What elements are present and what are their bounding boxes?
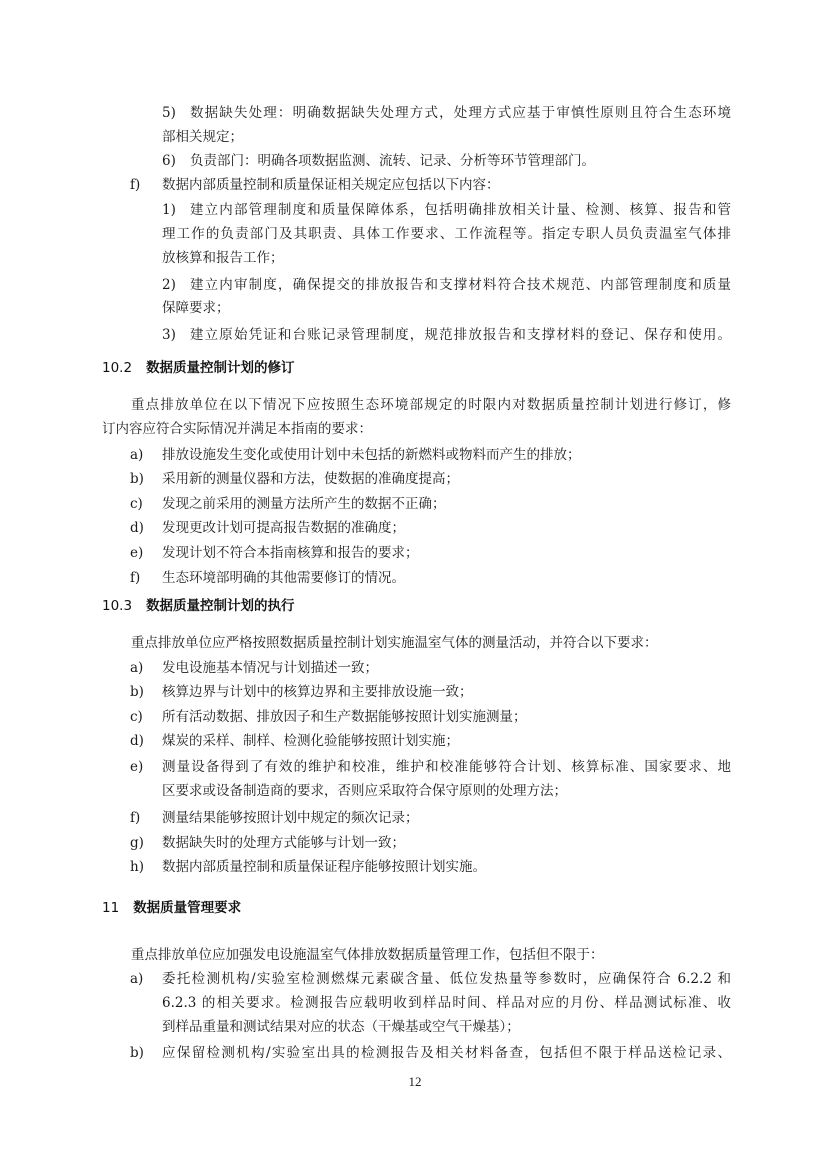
- list-label: 5): [162, 104, 176, 122]
- list-item-text: 区要求或设备制造商的要求，否则应采取符合保守原则的处理方法；: [162, 782, 567, 800]
- section-heading-11: 11数据质量管理要求: [102, 899, 241, 917]
- list-item-text: 放核算和报告工作；: [162, 249, 284, 267]
- list-item-text: 煤炭的采样、制样、检测化验能够按照计划实施；: [162, 732, 459, 750]
- section-heading-10-3: 10.3数据质量控制计划的执行: [102, 597, 295, 615]
- list-item-text: 发现计划不符合本指南核算和报告的要求；: [162, 544, 419, 562]
- list-item-text: 测量结果能够按照计划中规定的频次记录；: [162, 809, 419, 827]
- list-label: 2): [162, 276, 176, 294]
- list-item-text: 部相关规定；: [162, 128, 243, 146]
- section-title: 数据质量控制计划的执行: [146, 598, 295, 614]
- list-label: d): [130, 732, 144, 750]
- list-label: c): [130, 708, 143, 726]
- list-item-text: 6.2.3 的相关要求。检测报告应载明收到样品时间、样品对应的月份、样品测试标准…: [162, 994, 731, 1012]
- list-item-text: 委托检测机构/实验室检测燃煤元素碳含量、低位发热量等参数时，应确保符合 6.2.…: [162, 970, 731, 988]
- list-label: a): [130, 659, 143, 677]
- list-label: g): [130, 834, 144, 852]
- list-label: b): [130, 683, 144, 701]
- list-label: b): [130, 470, 144, 488]
- list-item-text: 应保留检测机构/实验室出具的检测报告及相关材料备查，包括但不限于样品送检记录、: [162, 1044, 731, 1062]
- list-item-text: 发现更改计划可提高报告数据的准确度；: [162, 519, 405, 537]
- list-label: f): [130, 569, 140, 587]
- list-item-text: 采用新的测量仪器和方法，使数据的准确度提高；: [162, 470, 459, 488]
- list-label: f): [130, 176, 140, 194]
- section-number: 10.3: [102, 597, 132, 615]
- list-item-text: 发现之前采用的测量方法所产生的数据不正确；: [162, 495, 446, 513]
- list-label: d): [130, 519, 144, 537]
- list-item-text: 数据缺失处理：明确数据缺失处理方式，处理方式应基于审慎性原则且符合生态环境: [190, 104, 731, 122]
- paragraph-line: 重点排放单位应加强发电设施温室气体排放数据质量管理工作，包括但不限于：: [131, 946, 604, 964]
- list-label: a): [130, 970, 143, 988]
- section-number: 11: [102, 899, 119, 917]
- list-label: c): [130, 495, 143, 513]
- list-label: e): [130, 758, 143, 776]
- list-label: 3): [162, 326, 176, 344]
- list-item-text: 建立原始凭证和台账记录管理制度，规范排放报告和支撑材料的登记、保存和使用。: [190, 326, 731, 344]
- paragraph-line: 重点排放单位应严格按照数据质量控制计划实施温室气体的测量活动，并符合以下要求：: [131, 634, 658, 652]
- list-item-text: 理工作的负责部门及其职责、具体工作要求、工作流程等。指定专职人员负责温室气体排: [162, 225, 731, 243]
- list-item-text: 发电设施基本情况与计划描述一致；: [162, 659, 378, 677]
- list-label: 6): [162, 152, 176, 170]
- list-item-text: 负责部门：明确各项数据监测、流转、记录、分析等环节管理部门。: [190, 152, 595, 170]
- page-number: 12: [405, 1074, 425, 1090]
- list-label: b): [130, 1044, 144, 1062]
- list-label: h): [130, 858, 144, 876]
- list-item-text: 建立内部管理制度和质量保障体系，包括明确排放相关计量、检测、核算、报告和管: [190, 201, 731, 219]
- paragraph-line: 订内容应符合实际情况并满足本指南的要求：: [102, 420, 372, 438]
- list-label: f): [130, 809, 140, 827]
- section-title: 数据质量控制计划的修订: [146, 360, 295, 376]
- list-item-text: 测量设备得到了有效的维护和校准，维护和校准能够符合计划、核算标准、国家要求、地: [162, 758, 731, 776]
- list-label: a): [130, 446, 143, 464]
- section-title: 数据质量管理要求: [133, 900, 241, 916]
- section-number: 10.2: [102, 359, 132, 377]
- list-label: e): [130, 544, 143, 562]
- list-item-text: 数据缺失时的处理方式能够与计划一致；: [162, 834, 405, 852]
- list-item-text: 核算边界与计划中的核算边界和主要排放设施一致；: [162, 683, 473, 701]
- list-item-text: 数据内部质量控制和质量保证程序能够按照计划实施。: [162, 858, 486, 876]
- list-label: 1): [162, 201, 176, 219]
- list-item-text: 所有活动数据、排放因子和生产数据能够按照计划实施测量；: [162, 708, 527, 726]
- paragraph-line: 重点排放单位在以下情况下应按照生态环境部规定的时限内对数据质量控制计划进行修订，…: [131, 396, 731, 414]
- list-item-text: 到样品重量和测试结果对应的状态（干燥基或空气干燥基）；: [162, 1018, 520, 1036]
- list-item-text: 排放设施发生变化或使用计划中未包括的新燃料或物料而产生的排放；: [162, 446, 581, 464]
- section-heading-10-2: 10.2数据质量控制计划的修订: [102, 359, 295, 377]
- list-item-text: 建立内审制度，确保提交的排放报告和支撑材料符合技术规范、内部管理制度和质量: [190, 276, 731, 294]
- list-item-text: 数据内部质量控制和质量保证相关规定应包括以下内容：: [162, 176, 500, 194]
- list-item-text: 保障要求；: [162, 299, 230, 317]
- list-item-text: 生态环境部明确的其他需要修订的情况。: [162, 569, 405, 587]
